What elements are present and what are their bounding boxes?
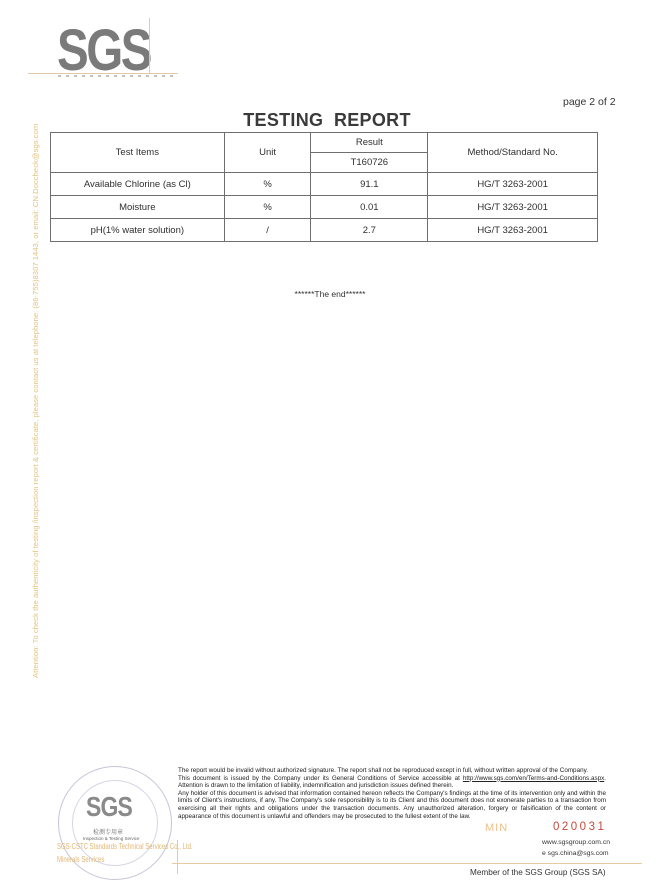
cell-unit: %	[224, 173, 311, 196]
table-row: Moisture % 0.01 HG/T 3263-2001	[51, 196, 598, 219]
stamp-chinese-label: 检测专用章	[93, 827, 123, 836]
member-statement: Member of the SGS Group (SGS SA)	[470, 868, 606, 877]
header-result: Result	[311, 133, 428, 153]
logo-subtitle-faded	[58, 75, 178, 77]
cell-item: Moisture	[51, 196, 225, 219]
min-serial-number: 020031	[553, 821, 606, 833]
results-table: Test Items Unit Result Method/Standard N…	[50, 132, 598, 242]
terms-link[interactable]: http://www.sgs.com/en/Terms-and-Conditio…	[463, 775, 604, 782]
stamp-division: Minerals Services	[57, 855, 104, 864]
end-marker: ******The end******	[0, 289, 660, 299]
logo-divider-horizontal	[28, 73, 178, 74]
cell-method: HG/T 3263-2001	[428, 219, 598, 242]
logo-divider-vertical	[149, 18, 150, 74]
email-link[interactable]: e sgs.china@sgs.com	[542, 850, 609, 857]
cell-result: 0.01	[311, 196, 428, 219]
cell-unit: /	[224, 219, 311, 242]
header-test-items: Test Items	[51, 133, 225, 173]
header-unit: Unit	[224, 133, 311, 173]
report-title: TESTING REPORT	[0, 110, 660, 131]
cell-result: 91.1	[311, 173, 428, 196]
cell-item: pH(1% water solution)	[51, 219, 225, 242]
header-sample-id: T160726	[311, 153, 428, 173]
website-link[interactable]: www.sgsgroup.com.cn	[542, 839, 610, 846]
footer-divider	[172, 863, 642, 864]
authenticity-notice: Attention: To check the authenticity of …	[31, 124, 40, 678]
stamp-english-label: Inspection & Testing Service	[83, 836, 139, 841]
report-title-text: TESTING REPORT	[243, 110, 411, 131]
cell-result: 2.7	[311, 219, 428, 242]
disclaimer-conditions: This document is issued by the Company u…	[178, 775, 606, 790]
table-header-row: Test Items Unit Result Method/Standard N…	[51, 133, 598, 153]
table-row: pH(1% water solution) / 2.7 HG/T 3263-20…	[51, 219, 598, 242]
stamp-organization: SGS-CSTC Standards Technical Services Co…	[57, 842, 193, 851]
page-indicator: page 2 of 2	[563, 96, 616, 108]
table-row: Available Chlorine (as Cl) % 91.1 HG/T 3…	[51, 173, 598, 196]
footer-divider-vertical	[177, 840, 178, 874]
disclaimer-liability: Any holder of this document is advised t…	[178, 790, 606, 820]
sgs-logo: SGS	[57, 22, 150, 80]
min-label: MIN	[485, 822, 508, 834]
cell-unit: %	[224, 196, 311, 219]
stamp-sgs-logo: SGS	[86, 791, 132, 823]
disclaimer-conditions-text: This document is issued by the Company u…	[178, 775, 463, 782]
header-method: Method/Standard No.	[428, 133, 598, 173]
legal-disclaimer: The report would be invalid without auth…	[178, 767, 606, 820]
cell-method: HG/T 3263-2001	[428, 196, 598, 219]
disclaimer-validity: The report would be invalid without auth…	[178, 767, 606, 775]
cell-item: Available Chlorine (as Cl)	[51, 173, 225, 196]
cell-method: HG/T 3263-2001	[428, 173, 598, 196]
